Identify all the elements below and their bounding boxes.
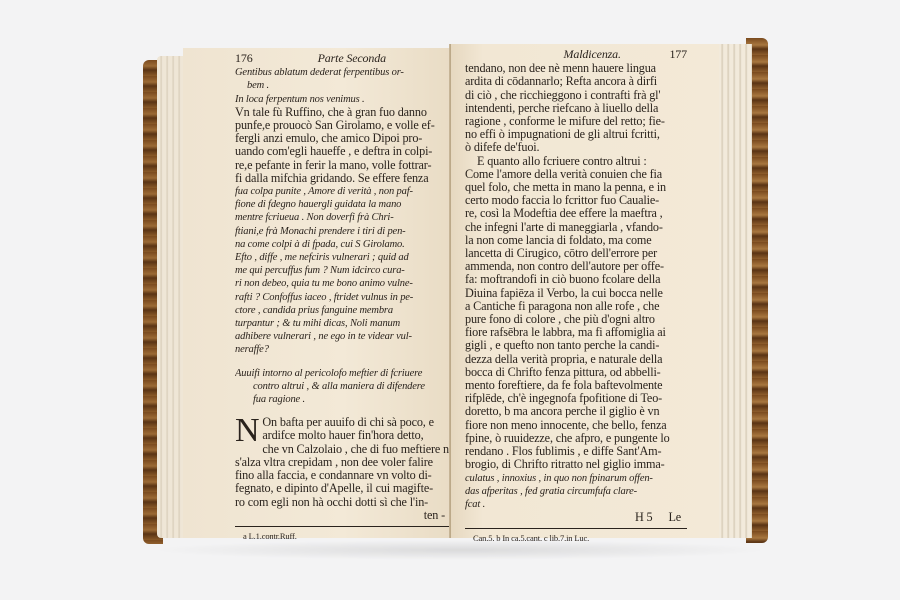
- paragraph-lines: On bafta per auuifo di chi sà poco, eard…: [235, 416, 451, 508]
- dropcap-paragraph: N On bafta per auuifo di chi sà poco, ea…: [235, 416, 451, 508]
- text-line: bem .: [235, 79, 451, 92]
- right-page-text: Maldicenza. 177 tendano, non dee nè menn…: [465, 48, 687, 546]
- text-line: lancetta di Cirugico, cōtro dell'errore …: [465, 247, 687, 260]
- text-line: rifplēde, ch'è ingegnofa fpofitione di T…: [465, 392, 687, 405]
- text-line: rafti ? Confoffus iaceo , ftridet vulnus…: [235, 291, 451, 304]
- text-line: ammenda, non contro dell'autore per offe…: [465, 260, 687, 273]
- text-line: turpantur ; & tu mihi dicas, Noli manum: [235, 317, 451, 330]
- right-first-paragraph: tendano, non dee nè menn hauere linguaar…: [465, 62, 687, 154]
- left-page-text: 176 Parte Seconda Gentibus ablatum deder…: [235, 52, 451, 543]
- left-page: 176 Parte Seconda Gentibus ablatum deder…: [183, 48, 451, 538]
- text-line: fa: moftrandofi in ciò buono fcolare del…: [465, 273, 687, 286]
- text-line: fegnato, e dipinto d'Apelle, il cui magi…: [235, 482, 451, 495]
- text-line: Auuifi intorno al pericolofo meftier di …: [235, 367, 451, 380]
- catchword-right: Le: [668, 511, 681, 524]
- text-line: fua colpa punite , Amore di verità , non…: [235, 185, 451, 198]
- text-line: mento foreftiere, da fe fola baftevolmen…: [465, 379, 687, 392]
- text-line: ri non debeo, quia tu me bono animo vuln…: [235, 277, 451, 290]
- text-line: gigli , e quefto non tanto perche la can…: [465, 339, 687, 352]
- footnote-rule-left: [235, 526, 451, 527]
- text-line: na come colpi à di fpada, cui S Girolamo…: [235, 238, 451, 251]
- text-line: brogio, di Chrifto ritratto nel giglio i…: [465, 458, 687, 471]
- text-line: Diuina fapiēza il Verbo, la cui bocca ne…: [465, 287, 687, 300]
- text-line: Gentibus ablatum dederat ferpentibus or-: [235, 66, 451, 79]
- page-number-left: 176: [235, 52, 253, 65]
- right-second-paragraph: E quanto allo fcriuere contro altrui :Co…: [465, 155, 687, 472]
- text-line: re, così la Modeftia dee effere la maeft…: [465, 207, 687, 220]
- text-line: fiore non meno innocente, che bello, fen…: [465, 419, 687, 432]
- text-line: che infegni l'arte di maneggiarla , vfan…: [465, 221, 687, 234]
- text-line: quel folo, che metta in mano la penna, e…: [465, 181, 687, 194]
- text-line: mentre fcriueua . Non doverfi frà Chri-: [235, 211, 451, 224]
- left-running-head: 176 Parte Seconda: [235, 52, 451, 65]
- text-line: ragione , conforme le mifure del retto; …: [465, 115, 687, 128]
- text-line: fi dalla mifchia gridando. Se effere fen…: [235, 172, 451, 185]
- text-line: fiore rafsēbra le labbra, ma fi affomigl…: [465, 326, 687, 339]
- text-line: di ciò , che ricchieggono i contrafti fr…: [465, 89, 687, 102]
- text-line: fua ragione .: [235, 393, 451, 406]
- text-line: tendano, non dee nè menn hauere lingua: [465, 62, 687, 75]
- text-line: Efto , diffe , me nefciris vulnerari ; q…: [235, 251, 451, 264]
- text-line: ardita di cōdannarlo; Refta ancora à dir…: [465, 75, 687, 88]
- text-line: s'alza vltra crepidam , non dee voler fa…: [235, 456, 451, 469]
- right-latin-quote: culatus , innoxius , in quo non fpinarum…: [465, 472, 687, 512]
- text-line: me qui percuffus fum ? Num idcirco cura-: [235, 264, 451, 277]
- open-book: 176 Parte Seconda Gentibus ablatum deder…: [143, 38, 768, 546]
- running-head-title-left: Parte Seconda: [318, 52, 386, 65]
- text-line: das afperitas , fed gratia circumfufa cl…: [465, 485, 687, 498]
- text-line: ftiani,e frà Monachi prendere i tiri di …: [235, 225, 451, 238]
- text-line: che vn Calzolaio , che di fuo meftiere n…: [262, 443, 451, 456]
- text-line: a Cantiche fi paragona non alle rofe , c…: [465, 300, 687, 313]
- right-page: Maldicenza. 177 tendano, non dee nè menn…: [451, 44, 719, 538]
- text-line: ò difefe de'fuoi.: [465, 141, 687, 154]
- text-line: fpine, ò ruuidezze, che afpro, e pungent…: [465, 432, 687, 445]
- text-line: punfe,e prouocò San Girolamo, e volle ef…: [235, 119, 451, 132]
- page-edges-right: [718, 44, 752, 538]
- signature-mark: H 5: [635, 511, 653, 524]
- text-line: fino alla faccia, e condannare vn volto …: [235, 469, 451, 482]
- text-line: fcat .: [465, 498, 687, 511]
- text-line: culatus , innoxius , in quo non fpinarum…: [465, 472, 687, 485]
- running-head-title-right: Maldicenza.: [564, 48, 621, 61]
- text-line: rendano . Flos fublimis , e diffe Sant'A…: [465, 445, 687, 458]
- footnote-left: a L.1.contr.Ruff.: [235, 530, 451, 543]
- text-line: doretto, b ma ancora perche il giglio è …: [465, 405, 687, 418]
- text-line: no effi ò impugnationi de gli altrui fcr…: [465, 128, 687, 141]
- text-line: adhibere vulnerari , ne ego in te videar…: [235, 330, 451, 343]
- text-line: intendenti, perche riefcano à liuello de…: [465, 102, 687, 115]
- text-line: ctore , candida prius fanguine membra: [235, 304, 451, 317]
- page-number-right: 177: [669, 48, 687, 61]
- text-line: In loca ferpentum nos venimus .: [235, 93, 451, 106]
- text-line: ro com egli non hà occhi dotti sì che l'…: [235, 496, 451, 509]
- text-line: Vn tale fù Ruffino, che à gran fuo danno: [235, 106, 451, 119]
- text-line: On bafta per auuifo di chi sà poco, e: [262, 416, 451, 429]
- footnote-rule-right: [465, 528, 687, 529]
- text-line: neraffe?: [235, 343, 451, 356]
- right-running-head: Maldicenza. 177: [465, 48, 687, 61]
- sidenote-block: Auuifi intorno al pericolofo meftier di …: [235, 367, 451, 407]
- text-line: la non come lancia di foldato, ma come: [465, 234, 687, 247]
- text-line: dezza della verità propria, e naturale d…: [465, 353, 687, 366]
- text-line: certo modo faccia lo fcrittor fuo Cauali…: [465, 194, 687, 207]
- dropcap-letter: N: [235, 417, 259, 444]
- text-line: re,e pefante in ferir la mano, volle fot…: [235, 159, 451, 172]
- text-line: contro altrui , & alla maniera di difend…: [235, 380, 451, 393]
- signature-line: H 5 Le: [465, 511, 687, 524]
- text-line: uando com'egli haueffe , e deftra in col…: [235, 145, 451, 158]
- footnote-right: Can.5. b In ca.5.cant. c lib.7.in Luc.: [465, 532, 687, 545]
- text-line: fergli anzi emulo, che amico Dipoi pro-: [235, 132, 451, 145]
- text-line: ardifce molto hauer fin'hora detto,: [262, 429, 451, 442]
- text-line: E quanto allo fcriuere contro altrui :: [465, 155, 687, 168]
- left-body-lines: Gentibus ablatum dederat ferpentibus or-…: [235, 66, 451, 356]
- text-line: pure fono di colore , che più d'ogni alt…: [465, 313, 687, 326]
- text-line: bocca di Chrifto fenza pittura, od abbel…: [465, 366, 687, 379]
- catchword-left: ten -: [235, 509, 451, 522]
- text-line: fione di fdegno hauergli guidata la mano: [235, 198, 451, 211]
- text-line: Come l'amore della verità conuien che fi…: [465, 168, 687, 181]
